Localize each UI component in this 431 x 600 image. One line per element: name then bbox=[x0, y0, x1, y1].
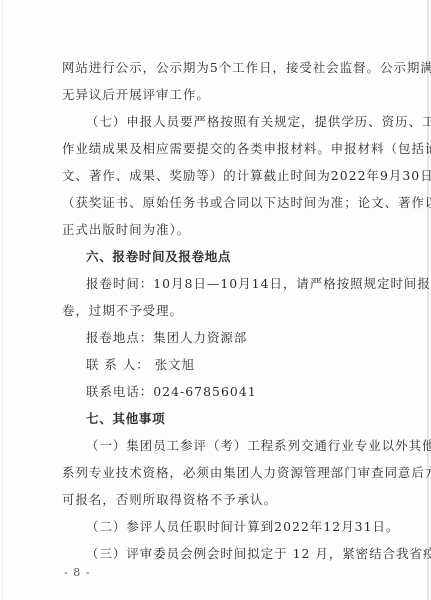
item-1-line: （一）集团员工参评（考）工程系列交通行业专业以外其他 bbox=[86, 438, 406, 454]
section-7-heading: 七、其他事项 bbox=[86, 411, 406, 427]
item-3-line: （三）评审委员会例会时间拟定于 12 月，紧密结合我省疫 bbox=[86, 546, 406, 562]
paragraph-line: 网站进行公示，公示期为5个工作日，接受社会监督。公示期满 bbox=[62, 60, 382, 76]
paragraph-line: 作业绩成果及相应需要提交的各类申报材料。申报材料（包括论 bbox=[62, 141, 382, 157]
paragraph-line-item-7: （七）申报人员要严格按照有关规定，提供学历、资历、工 bbox=[86, 114, 406, 130]
page-edge-right bbox=[427, 0, 429, 600]
page-edge-left bbox=[2, 0, 3, 600]
submission-time-line-cont: 卷，过期不予受理。 bbox=[62, 303, 382, 319]
paragraph-line: 正式出版时间为准）。 bbox=[62, 222, 382, 238]
page-number: - 8 - bbox=[64, 566, 90, 579]
paragraph-line: 文、著作、成果、奖励等）的计算截止时间为2022年9月30日 bbox=[62, 168, 382, 184]
contact-person: 联 系 人： 张文旭 bbox=[86, 357, 406, 373]
submission-time-line: 报卷时间：10月8日—10月14日，请严格按照规定时间报 bbox=[86, 276, 406, 292]
paragraph-line: （获奖证书、原始任务书或合同以下达时间为准；论文、著作以 bbox=[62, 195, 382, 211]
document-page: 网站进行公示，公示期为5个工作日，接受社会监督。公示期满 无异议后开展评审工作。… bbox=[0, 0, 431, 600]
item-2-line: （二）参评人员任职时间计算到2022年12月31日。 bbox=[86, 519, 406, 535]
section-6-heading: 六、报卷时间及报卷地点 bbox=[86, 249, 406, 265]
contact-phone: 联系电话：024-67856041 bbox=[86, 384, 406, 400]
item-1-line: 可报名，否则所取得资格不予承认。 bbox=[62, 492, 382, 508]
submission-location: 报卷地点：集团人力资源部 bbox=[86, 330, 406, 346]
paragraph-line: 无异议后开展评审工作。 bbox=[62, 87, 382, 103]
item-1-line: 系列专业技术资格，必须由集团人力资源管理部门审查同意后方 bbox=[62, 465, 382, 481]
